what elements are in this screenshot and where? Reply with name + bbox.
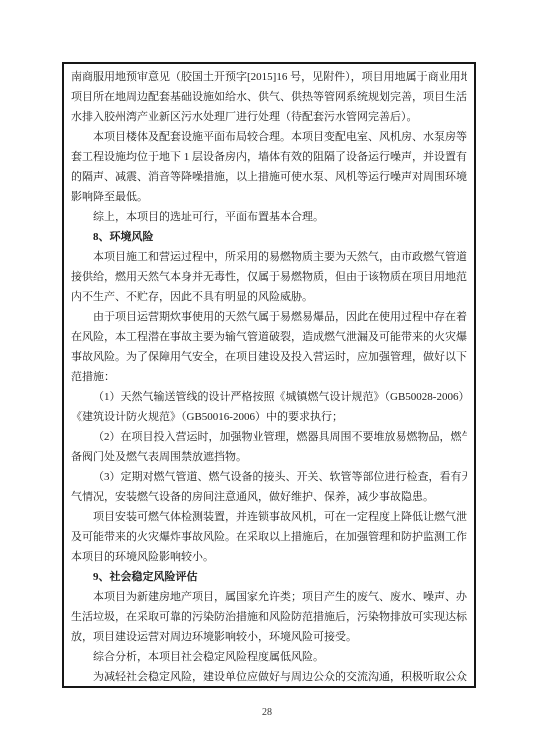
- text-line: 本项目楼体及配套设施平面布局较合理。本项目变配电室、风机房、水泵房等配: [71, 127, 467, 147]
- text-line: 内不生产、不贮存，因此不具有明显的风险威胁。: [71, 287, 467, 307]
- text-line: 由于项目运营期炊事使用的天然气属于易燃易爆品，因此在使用过程中存在着潜: [71, 307, 467, 327]
- text-line: 项目所在地周边配套基础设施如给水、供气、供热等管网系统规划完善，项目生活污: [71, 87, 467, 107]
- text-line: （3）定期对燃气管道、燃气设备的接头、开关、软管等部位进行检查，看有无漏: [71, 467, 467, 487]
- content-border-box: 南商服用地预审意见（胶国土开预字[2015]16 号，见附件），项目用地属于商业…: [62, 62, 476, 688]
- text-line: 接供给，燃用天然气本身并无毒性，仅属于易燃物质，但由于该物质在项目用地范围: [71, 267, 467, 287]
- text-line: 综上，本项目的选址可行，平面布置基本合理。: [71, 207, 467, 227]
- text-line: 范措施：: [71, 367, 467, 387]
- text-line: 《建筑设计防火规范》（GB50016-2006）中的要求执行；: [71, 407, 467, 427]
- section-heading: 9、社会稳定风险评估: [71, 567, 467, 587]
- text-line: 在风险，本工程潜在事故主要为输气管道破裂，造成燃气泄漏及可能带来的火灾爆炸: [71, 327, 467, 347]
- text-line: 综合分析，本项目社会稳定风险程度属低风险。: [71, 647, 467, 667]
- text-line: （2）在项目投入营运时，加强物业管理，燃器具周围不要堆放易燃物品，燃气设: [71, 427, 467, 447]
- text-line: 事故风险。为了保障用气安全，在项目建设及投入营运时，应加强管理，做好以下防: [71, 347, 467, 367]
- text-line: 的隔声、减震、消音等降噪措施，以上措施可使水泵、风机等运行噪声对周围环境的: [71, 167, 467, 187]
- text-line: 本项目施工和营运过程中，所采用的易燃物质主要为天然气，由市政燃气管道直: [71, 247, 467, 267]
- text-line: 套工程设施均位于地下 1 层设备房内，墙体有效的阻隔了设备运行噪声，并设置有效: [71, 147, 467, 167]
- text-line: 影响降至最低。: [71, 187, 467, 207]
- page-number: 28: [0, 707, 534, 718]
- text-line: （1）天然气输送管线的设计严格按照《城镇燃气设计规范》（GB50028-2006…: [71, 387, 467, 407]
- text-line: 备阀门处及燃气表周围禁放遮挡物。: [71, 447, 467, 467]
- text-line: 放，项目建设运营对周边环境影响较小，环境风险可接受。: [71, 627, 467, 647]
- text-line: 生活垃圾，在采取可靠的污染防治措施和风险防范措施后，污染物排放可实现达标排: [71, 607, 467, 627]
- document-body-text: 南商服用地预审意见（胶国土开预字[2015]16 号，见附件），项目用地属于商业…: [71, 67, 467, 687]
- text-line: 水排入胶州湾产业新区污水处理厂进行处理（待配套污水管网完善后）。: [71, 107, 467, 127]
- text-line: 及可能带来的火灾爆炸事故风险。在采取以上措施后，在加强管理和防护监测工作下，: [71, 527, 467, 547]
- text-line: 本项目为新建房地产项目，属国家允许类；项目产生的废气、废水、噪声、办公: [71, 587, 467, 607]
- text-line: 南商服用地预审意见（胶国土开预字[2015]16 号，见附件），项目用地属于商业…: [71, 67, 467, 87]
- section-heading: 8、环境风险: [71, 227, 467, 247]
- text-line: 本项目的环境风险影响较小。: [71, 547, 467, 567]
- text-line: 为减轻社会稳定风险，建设单位应做好与周边公众的交流沟通，积极听取公众对: [71, 667, 467, 687]
- text-line: 项目安装可燃气体检测装置，并连锁事故风机，可在一定程度上降低让燃气泄漏: [71, 507, 467, 527]
- text-line: 气情况，安装燃气设备的房间注意通风，做好维护、保养，减少事故隐患。: [71, 487, 467, 507]
